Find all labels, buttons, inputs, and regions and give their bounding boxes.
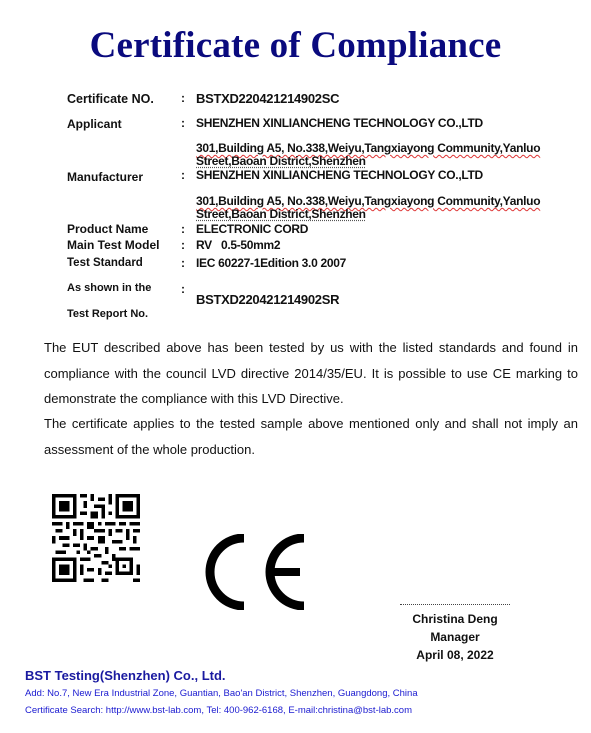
applicant-address-line2: Street,Baoan District,Shenzhen [196, 155, 556, 168]
signature-line [400, 604, 510, 605]
test-standard-label: Test Standard [67, 257, 143, 269]
applicant-label: Applicant [67, 117, 122, 131]
colon: : [181, 238, 185, 252]
ce-mark-icon [200, 534, 310, 610]
qr-code-icon [52, 494, 140, 582]
main-test-model-label: Main Test Model [67, 238, 159, 252]
product-name-label: Product Name [67, 222, 148, 236]
issuer-contact: Certificate Search: http://www.bst-lab.c… [25, 705, 412, 716]
applicant-address: 301,Building A5, No.338,Weiyu,Tangxiayon… [196, 142, 556, 168]
test-report-label-line2: Test Report No. [67, 308, 148, 320]
manufacturer-address-line2: Street,Baoan District,Shenzhen [196, 208, 556, 221]
signature-date: April 08, 2022 [380, 648, 530, 662]
test-report-value: BSTXD220421214902SR [196, 292, 339, 307]
test-report-label-line1: As shown in the [67, 282, 151, 294]
main-test-model-value: RV 0.5-50mm2 [196, 238, 280, 252]
signatory-position: Manager [380, 630, 530, 644]
manufacturer-label: Manufacturer [67, 170, 143, 184]
colon: : [181, 222, 185, 236]
certificate-no-value: BSTXD220421214902SC [196, 91, 339, 106]
manufacturer-address: 301,Building A5, No.338,Weiyu,Tangxiayon… [196, 195, 556, 221]
certificate-title: Certificate of Compliance [0, 24, 591, 67]
product-name-value: ELECTRONIC CORD [196, 222, 308, 236]
certificate-no-label: Certificate NO. [67, 92, 154, 106]
colon: : [181, 116, 185, 130]
colon: : [181, 168, 185, 182]
colon: : [181, 282, 185, 296]
applicant-name: SHENZHEN XINLIANCHENG TECHNOLOGY CO.,LTD [196, 116, 483, 130]
signatory-name: Christina Deng [380, 612, 530, 626]
statement-paragraph-2: The certificate applies to the tested sa… [44, 411, 578, 462]
colon: : [181, 91, 185, 105]
issuer-address: Add: No.7, New Era Industrial Zone, Guan… [25, 688, 418, 699]
manufacturer-name: SHENZHEN XINLIANCHENG TECHNOLOGY CO.,LTD [196, 168, 483, 182]
issuer-company: BST Testing(Shenzhen) Co., Ltd. [25, 668, 226, 683]
colon: : [181, 256, 185, 270]
statement-paragraph-1: The EUT described above has been tested … [44, 335, 578, 412]
test-standard-value: IEC 60227-1Edition 3.0 2007 [196, 256, 346, 270]
